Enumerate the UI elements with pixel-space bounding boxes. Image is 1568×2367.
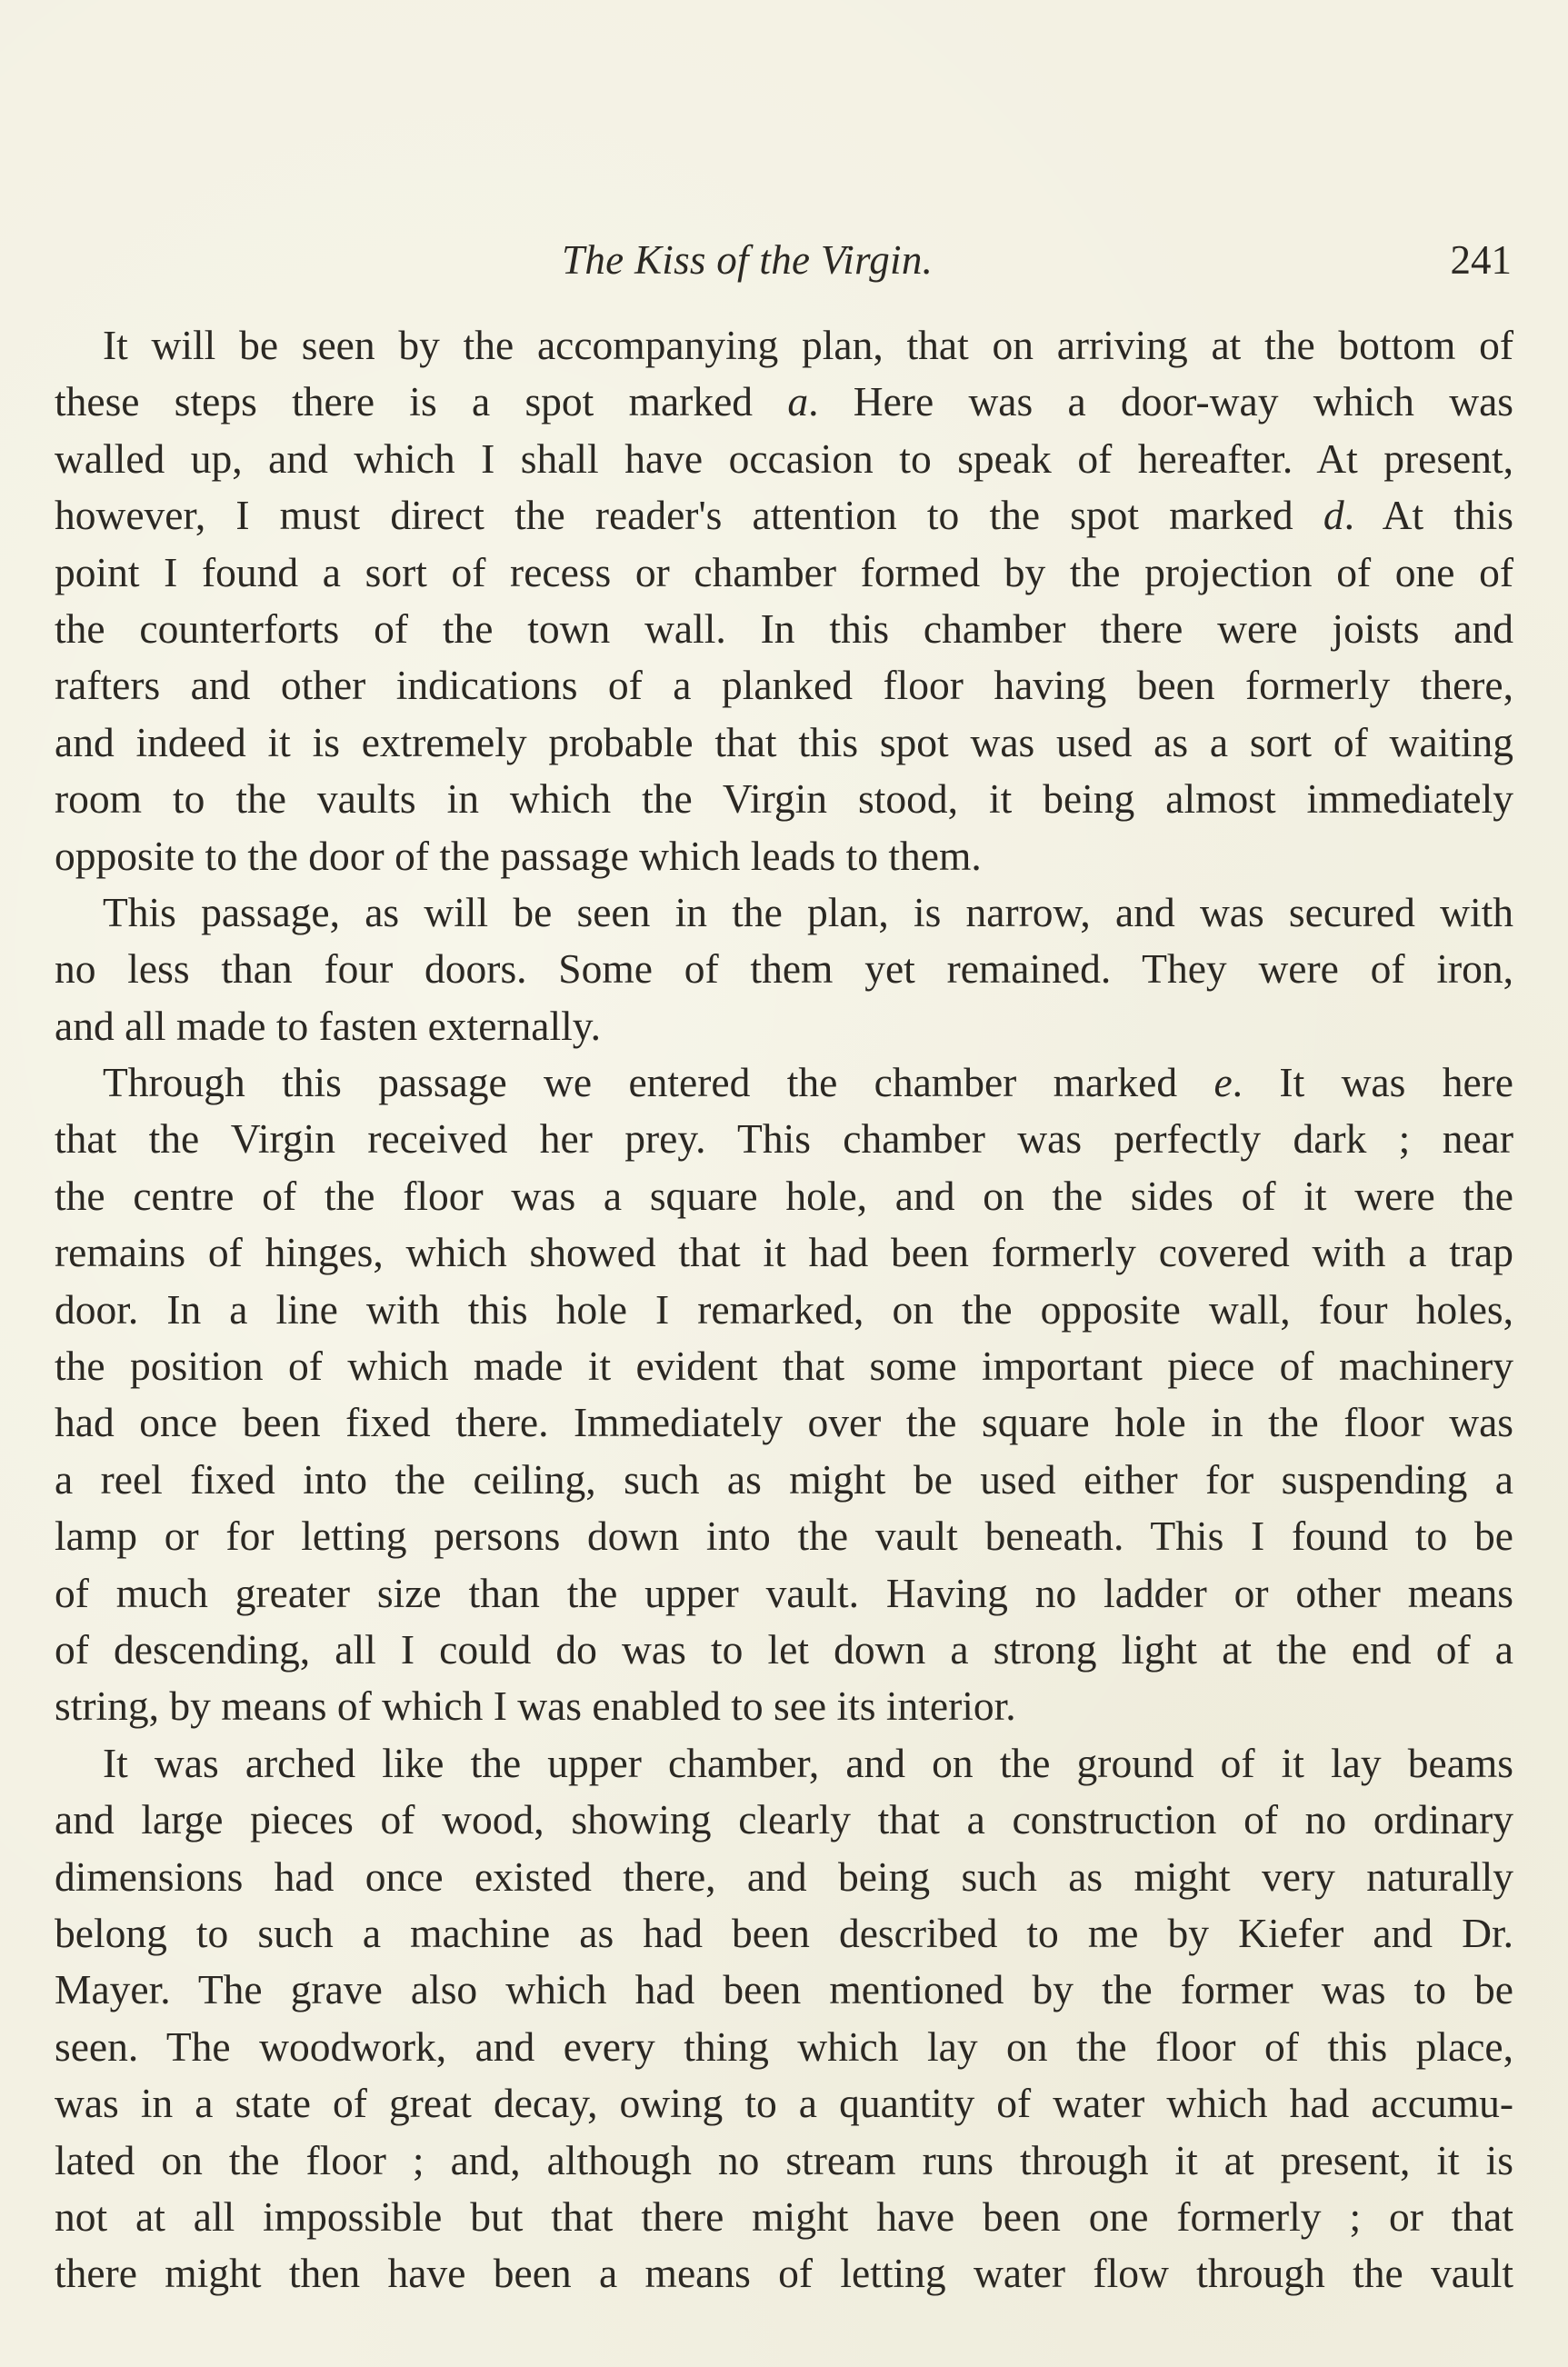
text-line: It was arched like the upper chamber, an… — [55, 1735, 1513, 1792]
text-line: no less than four doors. Some of them ye… — [55, 941, 1513, 997]
text-line: and large pieces of wood, showing clearl… — [55, 1792, 1513, 1848]
page-number: 241 — [1451, 233, 1513, 287]
text-line: dimensions had once existed there, and b… — [55, 1849, 1513, 1905]
paragraph-2: This passage, as will be seen in the pla… — [55, 884, 1513, 1054]
paragraph-1: It will be seen by the accompanying plan… — [55, 317, 1513, 884]
text-line: had once been fixed there. Immediately o… — [55, 1394, 1513, 1451]
paragraph-4: It was arched like the upper chamber, an… — [55, 1735, 1513, 2302]
text-line: that the Virgin received her prey. This … — [55, 1111, 1513, 1167]
plan-marker: e — [1213, 1059, 1232, 1105]
text-line: the position of which made it evident th… — [55, 1338, 1513, 1394]
paragraph-3: Through this passage we entered the cham… — [55, 1054, 1513, 1735]
text-line: these steps there is a spot marked a. He… — [55, 374, 1513, 430]
text-line: Mayer. The grave also which had been men… — [55, 1962, 1513, 2018]
text-line: remains of hinges, which showed that it … — [55, 1224, 1513, 1281]
text-line: rafters and other indications of a plank… — [55, 657, 1513, 714]
plan-marker: d — [1323, 492, 1344, 538]
book-page: The Kiss of the Virgin. 241 It will be s… — [0, 0, 1568, 2367]
text-line: there might then have been a means of le… — [55, 2245, 1513, 2302]
text-line: however, I must direct the reader's atte… — [55, 487, 1513, 544]
plan-marker: a — [787, 378, 808, 424]
running-title: The Kiss of the Virgin. — [562, 233, 933, 287]
text-line: room to the vaults in which the Virgin s… — [55, 771, 1513, 827]
text-line: string, by means of which I was enabled … — [55, 1678, 1513, 1734]
text-line: seen. The woodwork, and every thing whic… — [55, 2019, 1513, 2075]
text-line: point I found a sort of recess or chambe… — [55, 544, 1513, 601]
text-line: belong to such a machine as had been des… — [55, 1905, 1513, 1962]
text-line: door. In a line with this hole I remarke… — [55, 1282, 1513, 1338]
text-line: not at all impossible but that there mig… — [55, 2189, 1513, 2245]
text-line: of descending, all I could do was to let… — [55, 1622, 1513, 1678]
text-line: of much greater size than the upper vaul… — [55, 1565, 1513, 1622]
text-line: opposite to the door of the passage whic… — [55, 828, 1513, 884]
text-line: walled up, and which I shall have occasi… — [55, 431, 1513, 487]
running-header: The Kiss of the Virgin. 241 — [55, 233, 1513, 287]
text-line: a reel fixed into the ceiling, such as m… — [55, 1452, 1513, 1508]
text-line: This passage, as will be seen in the pla… — [55, 884, 1513, 941]
text-line: lated on the floor ; and, although no st… — [55, 2132, 1513, 2189]
text-line: and all made to fasten externally. — [55, 998, 1513, 1054]
text-line: the counterforts of the town wall. In th… — [55, 601, 1513, 657]
text-line: was in a state of great decay, owing to … — [55, 2075, 1513, 2132]
body-text: It will be seen by the accompanying plan… — [55, 317, 1513, 2302]
text-line: It will be seen by the accompanying plan… — [55, 317, 1513, 374]
text-line: the centre of the floor was a square hol… — [55, 1168, 1513, 1224]
text-line: lamp or for letting persons down into th… — [55, 1508, 1513, 1564]
text-line: and indeed it is extremely probable that… — [55, 714, 1513, 771]
text-line: Through this passage we entered the cham… — [55, 1054, 1513, 1111]
